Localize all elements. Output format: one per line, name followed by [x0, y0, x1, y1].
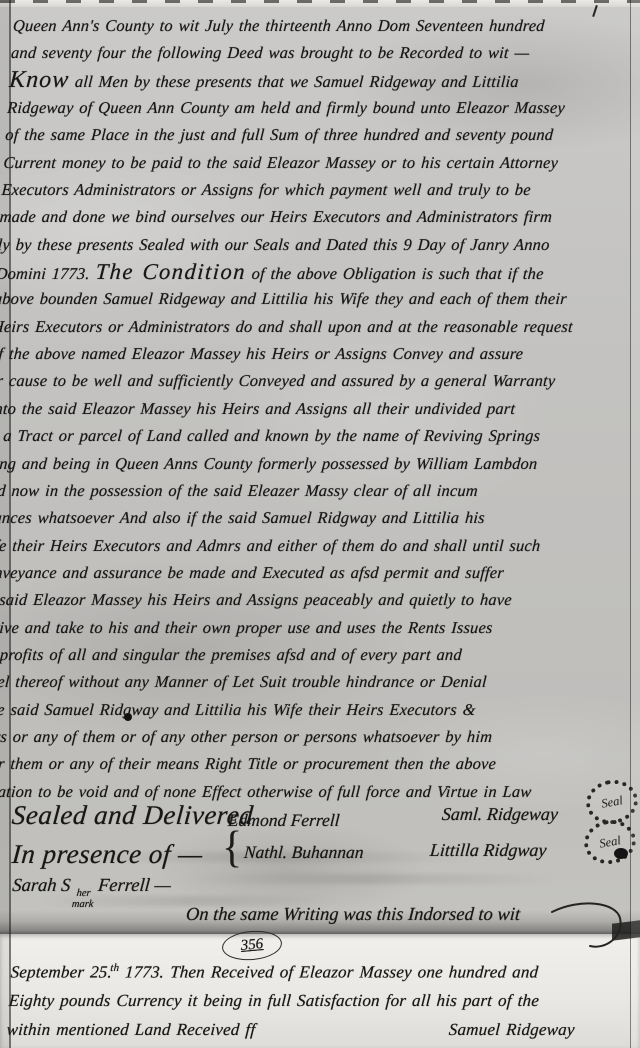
deed-line: unto the said Eleazor Massey his Heirs a… [0, 395, 601, 422]
signer-signature-littilla-ridgway: Littilla Ridgway [429, 840, 547, 861]
deed-line: of the said Samuel Ridgway and Littilia … [0, 696, 580, 723]
deed-line: the said Eleazor Massey his Heirs and As… [0, 586, 588, 613]
deed-line: and now in the possession of the said El… [0, 477, 595, 504]
receipt-line: September 25.th 1773. Then Received of E… [10, 954, 628, 987]
receipt-date: September 25. [10, 963, 113, 982]
sealed-delivered-label: Sealed and Delivered [11, 800, 255, 831]
deed-line: ly by these presents Sealed with our Sea… [0, 231, 613, 258]
deed-line: of a Tract or parcel of Land called and … [0, 422, 599, 449]
deed-body-text: Queen Ann's County to wit July the thirt… [0, 12, 628, 805]
left-edge-rule [9, 0, 11, 1048]
receipt-text: September 25.th 1773. Then Received of E… [6, 954, 628, 1045]
deed-line: and seventy four the following Deed was … [10, 39, 626, 66]
deed-line: made and done we bind ourselves our Heir… [0, 203, 615, 230]
deed-line: of the same Place in the just and full S… [4, 121, 620, 148]
deed-line: Current money to be paid to the said Ele… [3, 149, 619, 176]
deed-line: lying and being in Queen Anns County for… [0, 450, 597, 477]
deed-line: her or them or any of their means Right … [0, 750, 576, 777]
witness-signature-sarah-ferrell: Sarah S her mark Ferrell — [11, 876, 172, 905]
receipt-closing: within mentioned Land Received ff [6, 1016, 257, 1045]
deed-scan-page: Queen Ann's County to wit July the thirt… [0, 0, 640, 1048]
witness-last-name: Ferrell — [97, 876, 172, 897]
deed-line: above bounden Samuel Ridgeway and Littil… [0, 285, 609, 312]
bleed-through-smudge [180, 874, 560, 884]
pen-flourish-swash [550, 896, 628, 952]
mark-label: mark [71, 900, 94, 911]
deed-line: Wife their Heirs Executors and Admrs and… [0, 532, 592, 559]
deed-line-prefix: Domini 1773. [0, 264, 96, 283]
deed-line: brances whatsoever And also if the said … [0, 504, 594, 531]
deed-line-rest: of the above Obligation is such that if … [245, 264, 544, 283]
deed-line: Conveyance and assurance be made and Exe… [0, 559, 590, 586]
deed-line-rest: all Men by these presents that we Samuel… [69, 72, 520, 91]
deed-line: and profits of all and singular the prem… [0, 641, 584, 668]
signer-signature-saml-ridgeway: Saml. Ridgeway [441, 804, 559, 825]
right-gutter [631, 0, 640, 1048]
witness-first-name: Sarah S [11, 876, 71, 897]
deed-line: Know all Men by these presents that we S… [8, 67, 624, 94]
deed-line: Executors Administrators or Assigns for … [1, 176, 617, 203]
deed-line: receive and take to his and their own pr… [0, 614, 586, 641]
deed-condition-phrase: The Condition [95, 259, 247, 284]
deed-line: Heirs Executors or Administrators do and… [0, 313, 607, 340]
deed-line: parcel thereof without any Manner of Let… [0, 668, 582, 695]
seal-ink-blob [614, 848, 628, 859]
seal-label: Seal [600, 793, 624, 812]
receipt-line: Eighty pounds Currency it being in full … [8, 987, 626, 1016]
her-label: her [76, 889, 91, 900]
witness-signature-nathl-buhannan: Nathl. Buhannan [243, 842, 364, 863]
deed-line: Domini 1773. The Condition of the above … [0, 258, 611, 285]
witness-brace: { [222, 823, 242, 873]
deed-line: Ridgeway of Queen Ann County am held and… [6, 94, 622, 121]
receipt-line: within mentioned Land Received ff Samuel… [6, 1016, 624, 1045]
receipt-signature-samuel-ridgeway: Samuel Ridgeway [448, 1016, 576, 1045]
scan-top-edge-ticks [0, 0, 640, 3]
in-presence-of-label: In presence of — [11, 839, 204, 870]
deed-line: Queen Ann's County to wit July the thirt… [12, 12, 628, 39]
page-number-value: 356 [240, 936, 264, 955]
deed-line: or cause to be well and sufficiently Con… [0, 367, 603, 394]
her-mark-annotation: her mark [71, 889, 94, 910]
deed-know-word: Know [8, 67, 70, 93]
receipt-line-rest: 1773. Then Received of Eleazor Massey on… [118, 963, 539, 982]
endorsement-line: On the same Writing was this Indorsed to… [185, 905, 521, 926]
deed-line: of the above named Eleazor Massey his He… [0, 340, 605, 367]
witness-signature-edmond-ferrell: Edmond Ferrell [227, 810, 340, 831]
left-gutter [0, 0, 9, 1048]
deed-line: Admrs or any of them or of any other per… [0, 723, 578, 750]
